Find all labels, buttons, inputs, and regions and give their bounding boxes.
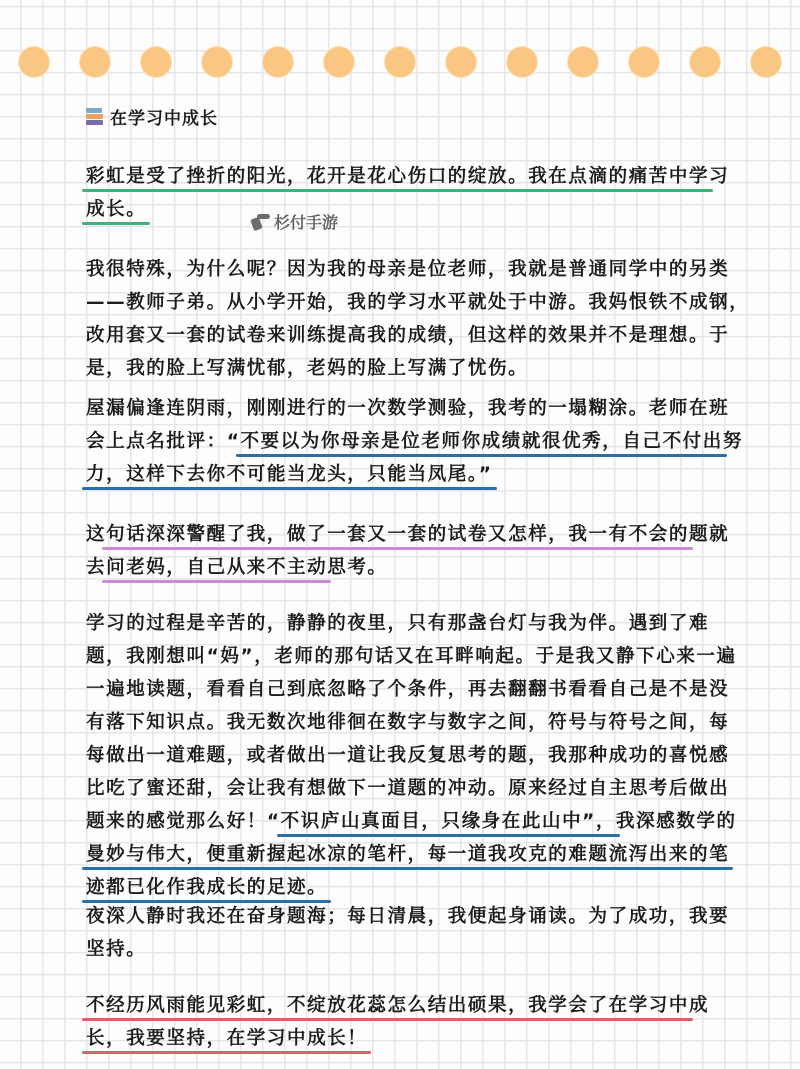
dot-decoration (629, 47, 659, 77)
text: 题来的感觉那么好！“ (86, 811, 281, 832)
dot-decoration (19, 47, 49, 77)
text-line: 彩虹是受了挫折的阳光，花开是花心伤口的绽放。我在点滴的痛苦中学习 (86, 160, 716, 193)
dot-decoration (568, 47, 598, 77)
text-line: 每做出一道难题，或者做出一道让我反复思考的题，我那种成功的喜悦感 (86, 739, 716, 772)
text-line: 曼妙与伟大，便重新握起冰凉的笔杆，每一道我攻克的难题流泻出来的笔 (86, 838, 716, 871)
text-line: 长，我要坚持，在学习中成长！ (86, 1022, 716, 1055)
text-line: 我很特殊，为什么呢？因为我的母亲是位老师，我就是普通同学中的另类 (86, 253, 716, 286)
dot-decoration (385, 47, 415, 77)
paragraph-4: 这句话深深警醒了我，做了一套又一套的试卷又怎样，我一有不会的题就 去问老妈，自己… (86, 518, 716, 584)
text-line: 有落下知识点。我无数次地徘徊在数字与数字之间，符号与符号之间，每 (86, 706, 716, 739)
text-line: 夜深人静时我还在奋身题海；每日清晨，我便起身诵读。为了成功，我要 (86, 900, 716, 933)
underlined-text: 不识庐山真面目，只缘身在此山中”， (281, 811, 616, 832)
text-line: 会上点名批评：“不要以为你母亲是位老师你成绩就很优秀，自己不付出努 (86, 425, 716, 458)
dot-decoration (690, 47, 720, 77)
text-line: 是，我的脸上写满忧郁，老妈的脸上写满了忧伤。 (86, 352, 716, 385)
text-line: 一遍地读题，看看自己到底忽略了个条件，再去翻翻书看看自己是不是没 (86, 673, 716, 706)
text: 习 (709, 166, 729, 187)
dot-decoration (202, 47, 232, 77)
text-line: 成长。 (86, 193, 716, 226)
text: 成 (689, 995, 709, 1016)
text-line: 这句话深深警醒了我，做了一套又一套的试卷又怎样，我一有不会的题就 (86, 518, 716, 551)
dot-decoration (507, 47, 537, 77)
text-line: 坚持。 (86, 933, 716, 966)
underlined-text: 长，我要坚持，在学习中成长！ (86, 1028, 367, 1049)
dot-decoration (80, 47, 110, 77)
text-line: 比吃了蜜还甜，会让我有想做下一道题的冲动。原来经过自主思考后做出 (86, 772, 716, 805)
text-line: 力，这样下去你不可能当龙头，只能当凤尾。” (86, 458, 716, 491)
text-line: ——教师子弟。从小学开始，我的学习水平就处于中游。我妈恨铁不成钢， (86, 286, 716, 319)
underlined-text: 成长。 (86, 199, 146, 220)
text-line: 屋漏偏逢连阴雨，刚刚进行的一次数学测验，我考的一塌糊涂。老师在班 (86, 392, 716, 425)
paragraph-6: 夜深人静时我还在奋身题海；每日清晨，我便起身诵读。为了成功，我要 坚持。 (86, 900, 716, 966)
paragraph-1: 彩虹是受了挫折的阳光，花开是花心伤口的绽放。我在点滴的痛苦中学习 成长。 (86, 160, 716, 226)
books-stack-icon (86, 107, 104, 127)
paragraph-5: 学习的过程是辛苦的，静静的夜里，只有那盏台灯与我为伴。遇到了难 题，我刚想叫“妈… (86, 607, 716, 904)
dot-decoration (263, 47, 293, 77)
underlined-text: 句话深深警醒了我，做了一套又一套的试卷又怎样，我一有不会的 (106, 524, 689, 545)
text: 我深感数学的 (616, 811, 737, 832)
dot-decoration (141, 47, 171, 77)
underlined-text: 迹都已化作我成长的足迹。 (86, 877, 327, 898)
underlined-text: 彩虹是受了挫折的阳光，花开是花心伤口的绽放。我在点滴的痛苦中学 (86, 166, 709, 187)
underlined-text: 不要以为你母亲是位老师你成绩就很优秀，自己不付出 (240, 431, 722, 452)
article-header: 在学习中成长 (86, 104, 218, 129)
underlined-text: 曼妙与伟大，便重新握起冰凉的笔杆，每一道我攻克的难题流泻出来的笔 (86, 844, 729, 865)
dot-decoration (751, 47, 781, 77)
text-line: 学习的过程是辛苦的，静静的夜里，只有那盏台灯与我为伴。遇到了难 (86, 607, 716, 640)
text-line: 改用套又一套的试卷来训练提高我的成绩，但这样的效果并不是理想。于 (86, 319, 716, 352)
decorative-dot-row (19, 47, 799, 79)
paragraph-2: 我很特殊，为什么呢？因为我的母亲是位老师，我就是普通同学中的另类 ——教师子弟。… (86, 253, 716, 385)
underlined-text: 力，这样下去你不可能当龙头，只能当凤尾。” (86, 464, 493, 485)
dot-decoration (324, 47, 354, 77)
text: 会上点名批评：“ (86, 431, 240, 452)
paragraph-3: 屋漏偏逢连阴雨，刚刚进行的一次数学测验，我考的一塌糊涂。老师在班 会上点名批评：… (86, 392, 716, 491)
dot-decoration (446, 47, 476, 77)
text: 努 (723, 431, 743, 452)
paragraph-7: 不经历风雨能见彩虹，不绽放花蕊怎么结出硕果，我学会了在学习中成 长，我要坚持，在… (86, 989, 716, 1055)
article-title: 在学习中成长 (110, 104, 218, 129)
underlined-text: 问老妈，自己从来不主动 (106, 557, 327, 578)
text-line: 题来的感觉那么好！“不识庐山真面目，只缘身在此山中”，我深感数学的 (86, 805, 716, 838)
text: 这 (86, 524, 106, 545)
text: 思考。 (327, 557, 387, 578)
text-line: 去问老妈，自己从来不主动思考。 (86, 551, 716, 584)
text-line: 不经历风雨能见彩虹，不绽放花蕊怎么结出硕果，我学会了在学习中成 (86, 989, 716, 1022)
text: 题就 (689, 524, 729, 545)
text-line: 题，我刚想叫“妈”，老师的那句话又在耳畔响起。于是我又静下心来一遍 (86, 640, 716, 673)
text: 去 (86, 557, 106, 578)
underlined-text: 不经历风雨能见彩虹，不绽放花蕊怎么结出硕果，我学会了在学习中 (86, 995, 689, 1016)
